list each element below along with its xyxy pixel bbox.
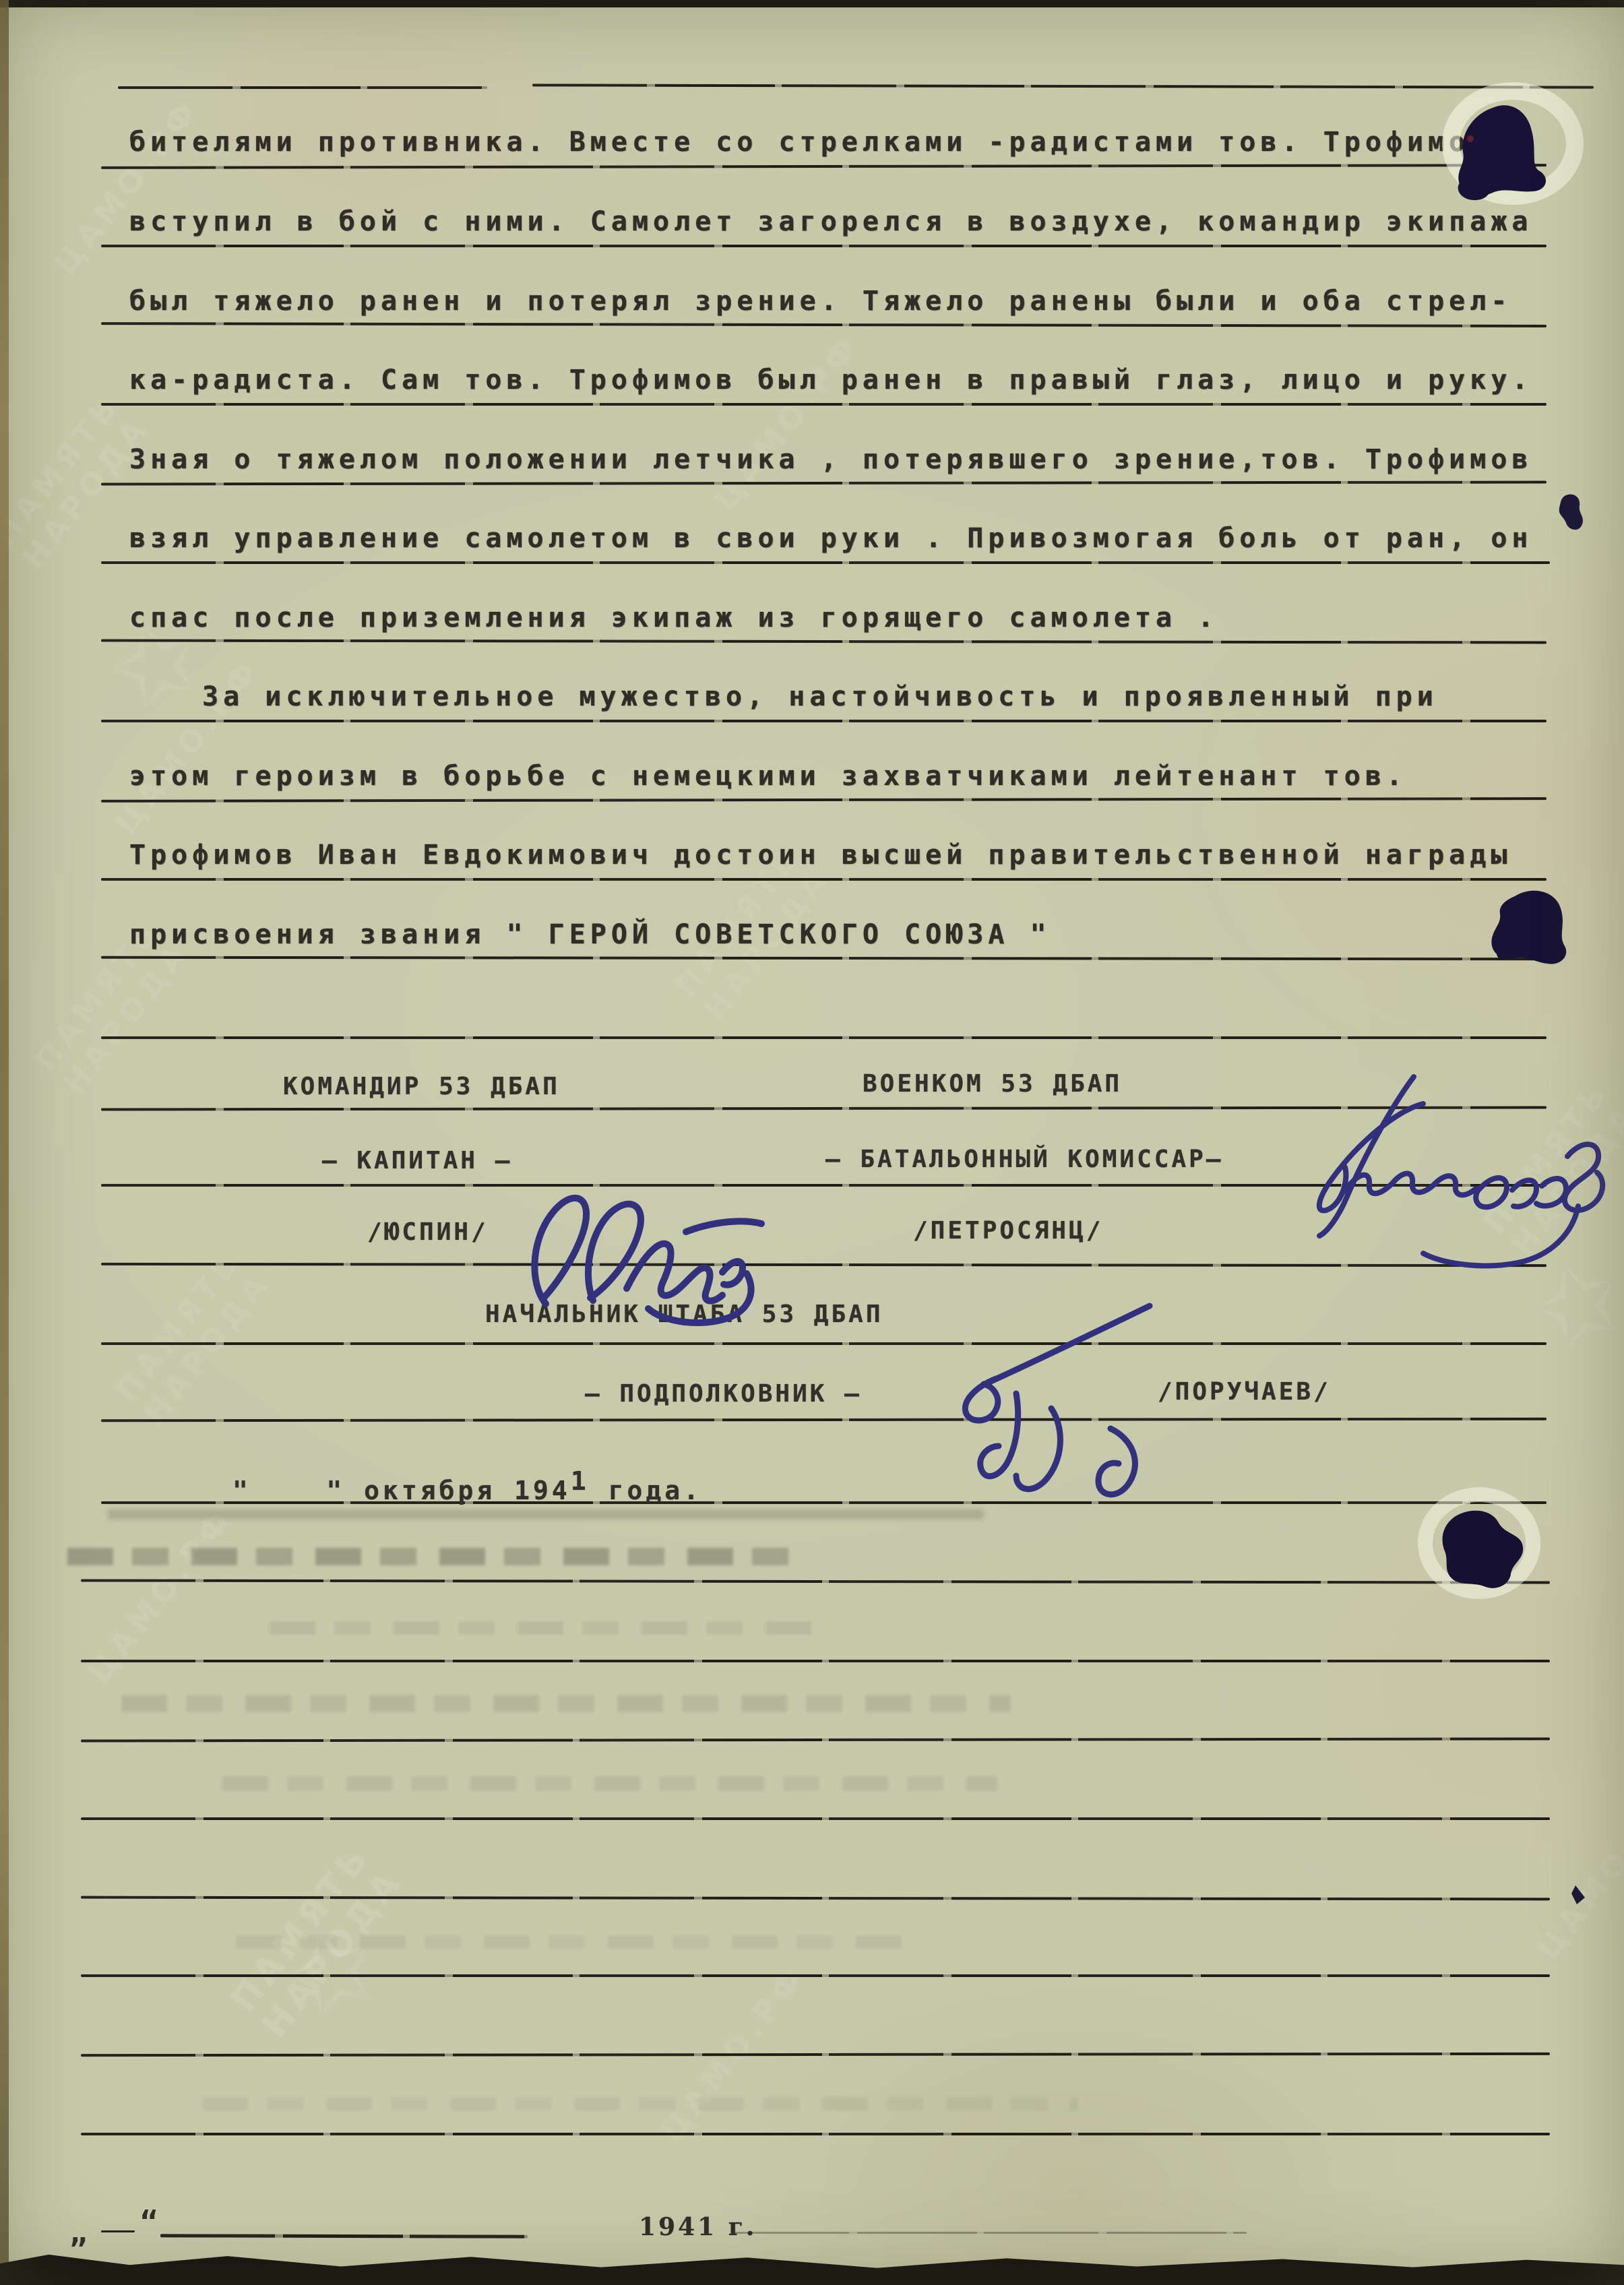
ink-smear xyxy=(108,1509,984,1520)
bleed-through-text xyxy=(121,1695,1011,1712)
ruled-line xyxy=(81,2133,1550,2135)
body-line-8: За исключительное мужество, настойчивост… xyxy=(202,681,1438,712)
watermark-tsamo: ЦАМО.РФ xyxy=(107,651,267,841)
blot-halo xyxy=(1425,1495,1533,1592)
ink-blot xyxy=(1559,495,1583,530)
date-prefix: " " октября 194 xyxy=(232,1476,571,1505)
commander-title: КОМАНДИР 53 ДБАП xyxy=(283,1073,560,1100)
body-line-7: спас после приземления экипаж из горящег… xyxy=(129,602,1218,633)
ruled-line xyxy=(101,1106,1547,1111)
watermark-tsamo: ЦАМО.РФ xyxy=(707,327,867,518)
ruled-line xyxy=(101,956,1547,961)
ink-blot xyxy=(1458,178,1490,200)
scan-edge-top xyxy=(0,0,1624,7)
footer-line-faint xyxy=(735,2232,1247,2234)
date-line: " " октября 1941 года. xyxy=(232,1476,702,1505)
ink-blot xyxy=(1443,1511,1524,1588)
body-line-6: взял управление самолетом в свои руки . … xyxy=(129,523,1533,554)
body-line-3: был тяжело ранен и потерял зрение. Тяжел… xyxy=(129,286,1511,317)
commissar-rank: – БАТАЛЬОННЫЙ КОМИССАР– xyxy=(825,1146,1224,1173)
ruled-line xyxy=(101,1263,1547,1267)
body-line-4: ка-радиста. Сам тов. Трофимов был ранен … xyxy=(129,365,1533,396)
body-line-1: бителями противника. Вместе со стрелками… xyxy=(129,127,1491,158)
ruled-line xyxy=(81,1817,1550,1820)
ink-blot xyxy=(1571,1885,1585,1904)
body-line-2: вступил в бой с ними. Самолет загорелся … xyxy=(129,206,1533,237)
footer-year-note: 1941 г. xyxy=(639,2213,757,2241)
ruled-line xyxy=(101,1418,1547,1422)
chief-of-staff-name: /ПОРУЧАЕВ/ xyxy=(1158,1378,1331,1406)
ruled-line xyxy=(81,2053,1550,2057)
commissar-name: /ПЕТРОСЯНЦ/ xyxy=(913,1217,1103,1245)
commander-rank: – КАПИТАН – xyxy=(322,1147,512,1175)
body-line-11: присвоения звания " ГЕРОЙ СОВЕТСКОГО СОЮ… xyxy=(129,919,1051,950)
watermark-pamyat-naroda: ПАМЯТЬ НАРОДА xyxy=(1476,1074,1624,1263)
commissar-title: ВОЕНКОМ 53 ДБАП xyxy=(863,1070,1122,1098)
ruled-line xyxy=(81,1579,1550,1584)
ruled-line xyxy=(101,720,1547,722)
scanned-award-document-page: ЦАМО.РФ ПАМЯТЬ НАРОДА ЦАМО.РФ ПАМЯТЬ НАР… xyxy=(0,0,1624,2285)
bleed-through-text xyxy=(236,1935,910,1949)
footer-line xyxy=(160,2234,528,2238)
ruled-line xyxy=(118,86,487,89)
body-line-10: Трофимов Иван Евдокимович достоин высшей… xyxy=(129,840,1511,871)
ruled-line xyxy=(81,1660,1550,1662)
footer-open-quote: „ xyxy=(69,2216,88,2250)
signature-ink-petrosyanc xyxy=(1319,1077,1602,1265)
star-watermark-icon: ✩ xyxy=(272,1903,392,2042)
ruled-line xyxy=(101,639,1547,644)
watermark-tsamo: ЦАМО.РФ xyxy=(46,92,206,282)
footer-dash xyxy=(101,2230,135,2232)
chief-of-staff-rank: – ПОДПОЛКОВНИК – xyxy=(585,1380,862,1408)
ruled-line xyxy=(101,561,1550,564)
date-handwritten-digit: 1 xyxy=(571,1466,590,1496)
signature-ink-poruchaev xyxy=(965,1306,1150,1495)
ruled-line xyxy=(101,245,1547,247)
ruled-line xyxy=(101,1036,1547,1039)
body-line-9: этом героизм в борьбе с немецкими захват… xyxy=(129,761,1407,792)
ruled-line xyxy=(101,322,1547,327)
star-watermark-icon: ✩ xyxy=(1519,1236,1624,1375)
commander-name: /ЮСПИН/ xyxy=(367,1218,489,1246)
bleed-through-text xyxy=(202,2097,1078,2110)
bleed-through-text xyxy=(270,1621,822,1635)
ruled-line xyxy=(101,1184,1547,1187)
bleed-through-text xyxy=(67,1548,809,1565)
watermark-pamyat-naroda: ПАМЯТЬ НАРОДА xyxy=(108,1243,278,1431)
ruled-line xyxy=(81,1896,1550,1901)
footer-close-quote: “ xyxy=(140,2205,158,2239)
date-suffix: года. xyxy=(590,1476,702,1505)
bleed-through-text xyxy=(222,1776,997,1791)
watermark-tsamo: ЦАМО.РФ xyxy=(1529,1776,1624,1966)
scan-edge-left xyxy=(0,0,9,2285)
ruled-line xyxy=(81,1737,1550,1742)
ruled-line xyxy=(101,403,1547,406)
ruled-line xyxy=(101,878,1547,881)
ruled-line xyxy=(101,797,1547,803)
body-line-5: Зная о тяжелом положении летчика , потер… xyxy=(129,444,1533,475)
scan-edge-bottom-torn xyxy=(0,2248,1624,2285)
ink-blot xyxy=(1491,891,1566,964)
ruled-line xyxy=(101,481,1547,486)
chief-of-staff-title: НАЧАЛЬНИК ШТАБА 53 ДБАП xyxy=(485,1301,883,1328)
ruled-line xyxy=(81,1974,1550,1977)
ruled-line xyxy=(101,1342,1547,1345)
ruled-line xyxy=(101,164,1547,169)
ruled-line xyxy=(532,84,1594,88)
